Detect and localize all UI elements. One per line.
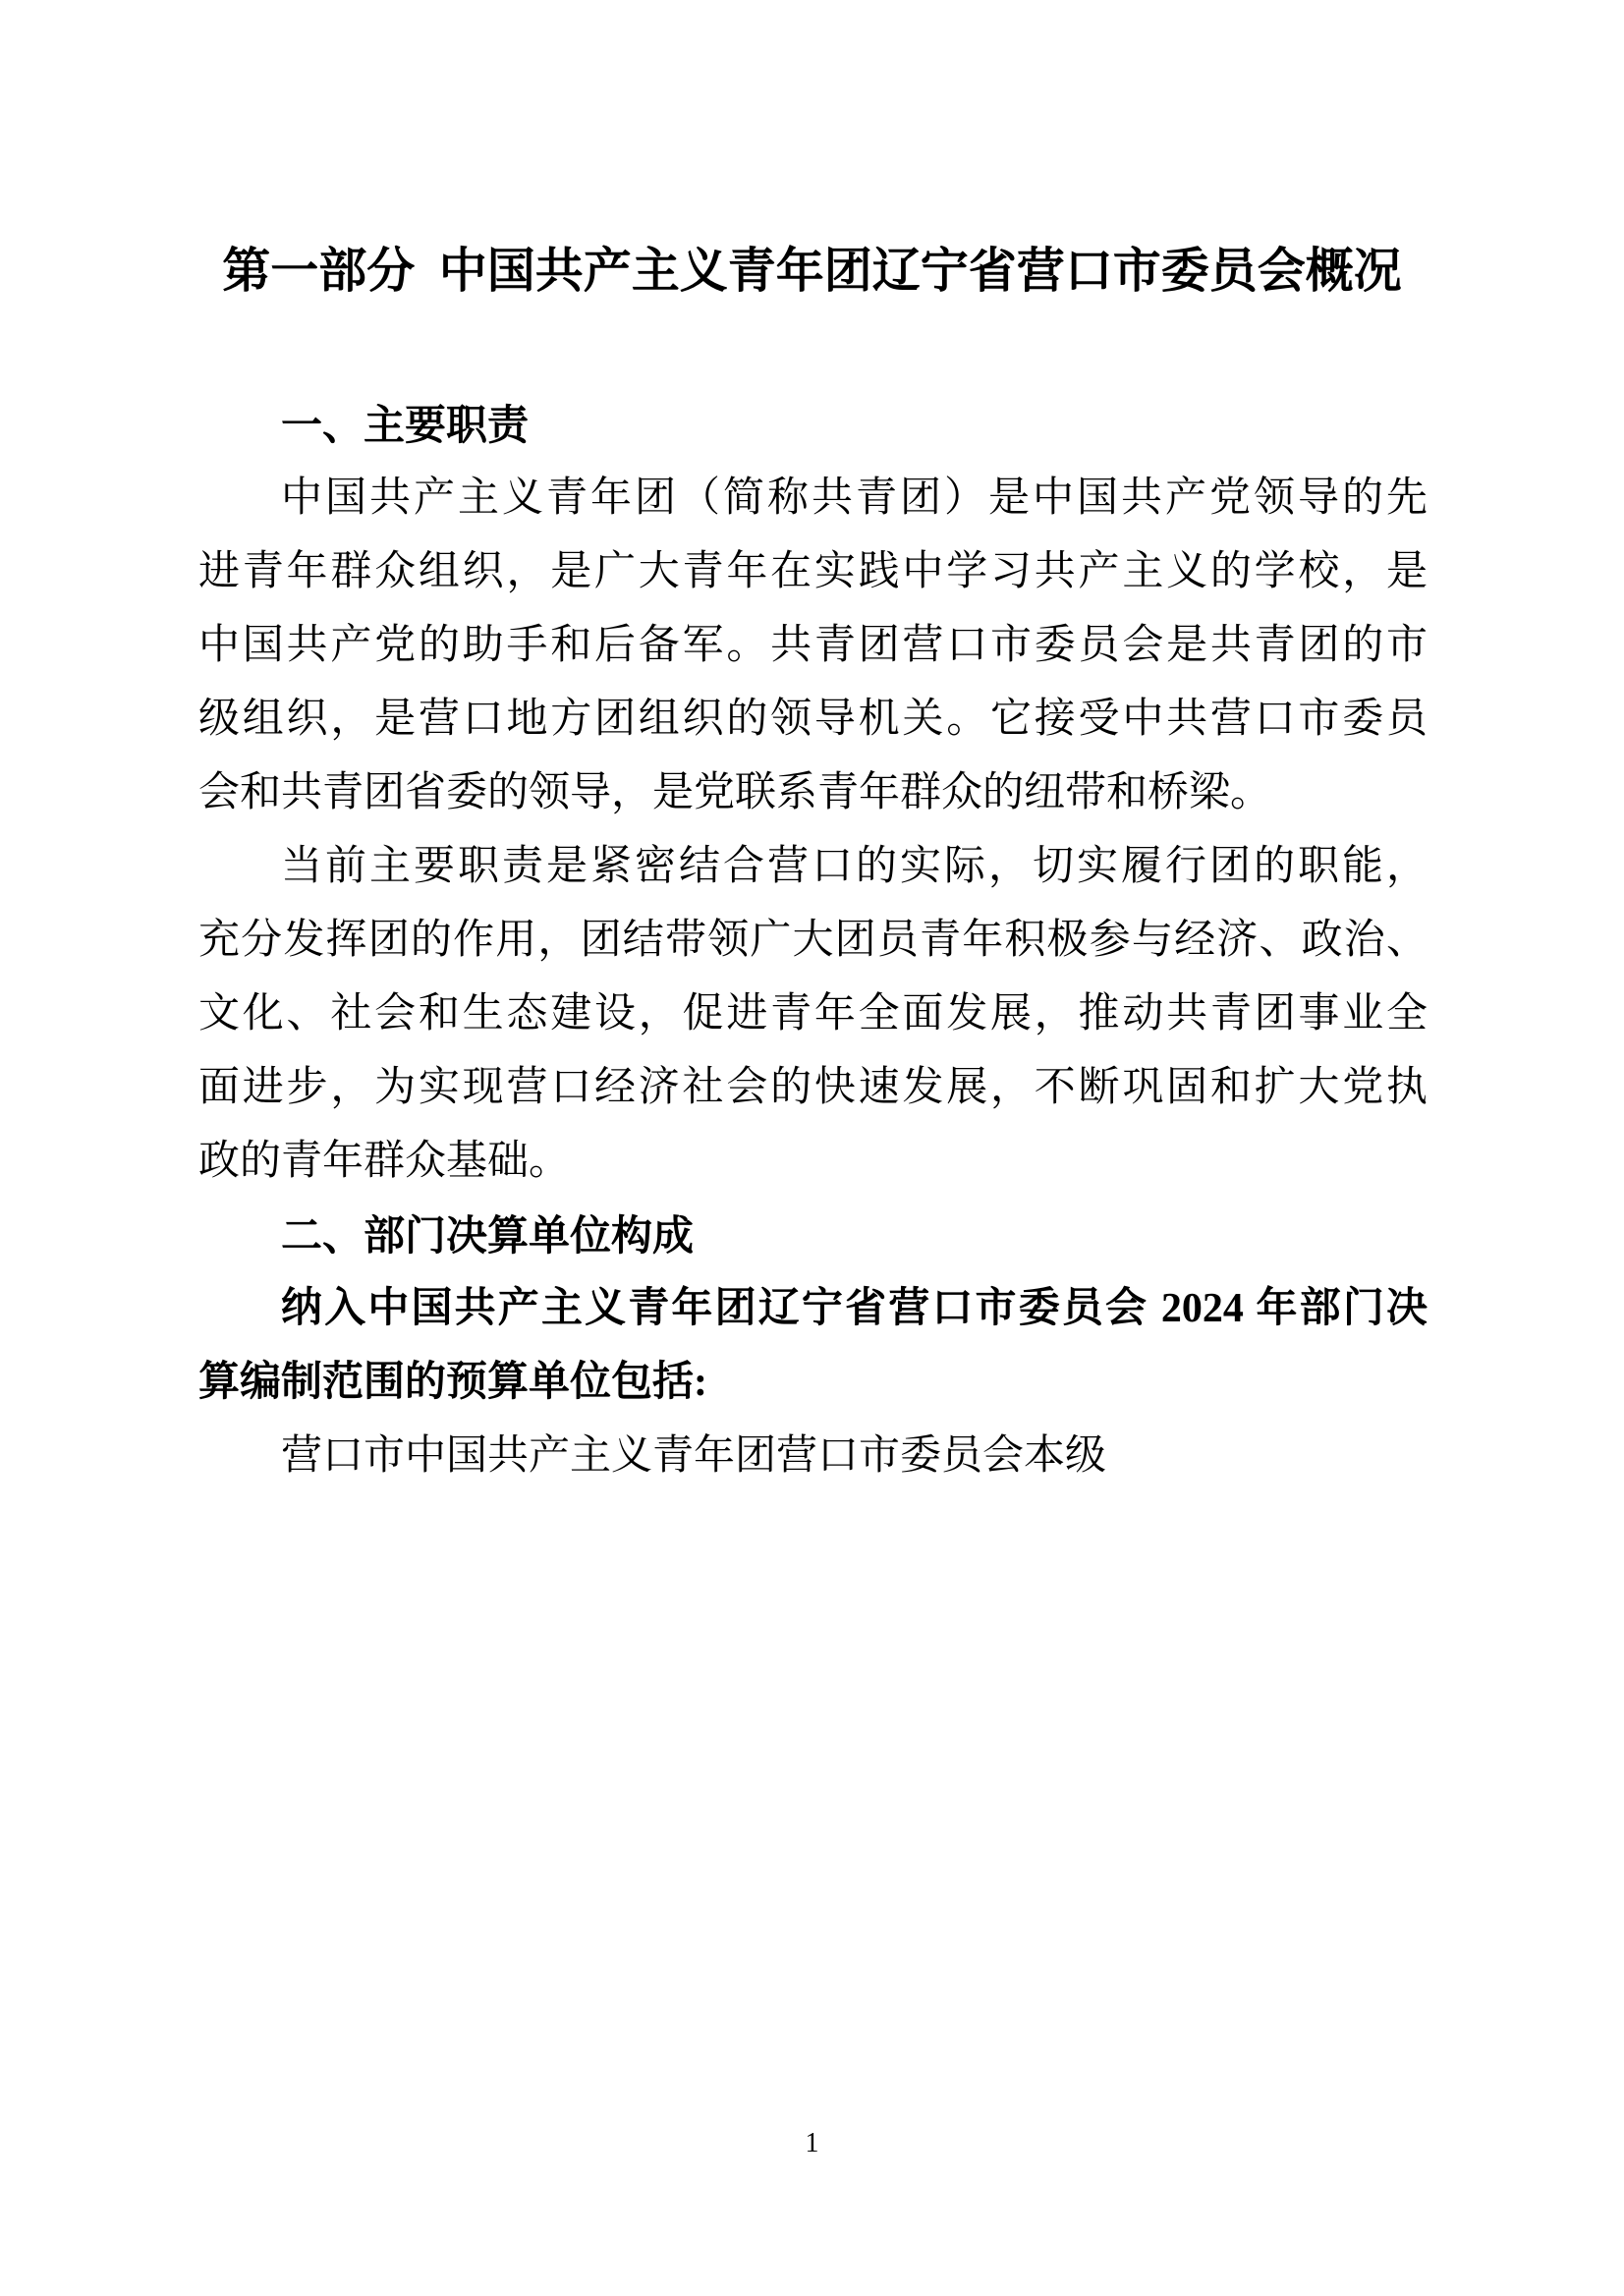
text-line: 纳入中国共产主义青年团辽宁省营口市委员会 2024 年部门决: [198, 1272, 1428, 1346]
text-line: 算编制范围的预算单位包括:: [198, 1346, 1428, 1420]
text-line: 当前主要职责是紧密结合营口的实际，切实履行团的职能，: [198, 830, 1428, 904]
section-heading-1: 一、主要职责: [198, 388, 1428, 462]
text-line: 面进步，为实现营口经济社会的快速发展，不断巩固和扩大党执: [198, 1051, 1428, 1125]
paragraph-unit-list: 营口市中国共产主义青年团营口市委员会本级: [198, 1420, 1428, 1493]
text-line: 进青年群众组织，是广大青年在实践中学习共产主义的学校，是: [198, 535, 1428, 609]
document-body: 一、主要职责中国共产主义青年团（简称共青团）是中国共产党领导的先进青年群众组织，…: [198, 388, 1428, 1493]
paragraph-duties-2: 当前主要职责是紧密结合营口的实际，切实履行团的职能，充分发挥团的作用，团结带领广…: [198, 830, 1428, 1199]
text-line: 中国共产主义青年团（简称共青团）是中国共产党领导的先: [198, 462, 1428, 535]
text-line: 中国共产党的助手和后备军。共青团营口市委员会是共青团的市: [198, 609, 1428, 683]
text-line: 会和共青团省委的领导，是党联系青年群众的纽带和桥梁。: [198, 756, 1428, 830]
document-page: 第一部分 中国共产主义青年团辽宁省营口市委员会概况 一、主要职责中国共产主义青年…: [0, 0, 1624, 2296]
section-heading-2: 二、部门决算单位构成: [198, 1199, 1428, 1272]
page-number: 1: [0, 2124, 1624, 2163]
text-line: 政的青年群众基础。: [198, 1125, 1428, 1199]
text-line: 级组织，是营口地方团组织的领导机关。它接受中共营口市委员: [198, 683, 1428, 756]
paragraph-duties-1: 中国共产主义青年团（简称共青团）是中国共产党领导的先进青年群众组织，是广大青年在…: [198, 462, 1428, 830]
paragraph-unit-scope: 纳入中国共产主义青年团辽宁省营口市委员会 2024 年部门决算编制范围的预算单位…: [198, 1272, 1428, 1420]
text-line: 营口市中国共产主义青年团营口市委员会本级: [198, 1420, 1428, 1493]
text-line: 充分发挥团的作用，团结带领广大团员青年积极参与经济、政治、: [198, 904, 1428, 978]
document-title: 第一部分 中国共产主义青年团辽宁省营口市委员会概况: [0, 234, 1624, 308]
text-line: 文化、社会和生态建设，促进青年全面发展，推动共青团事业全: [198, 978, 1428, 1051]
